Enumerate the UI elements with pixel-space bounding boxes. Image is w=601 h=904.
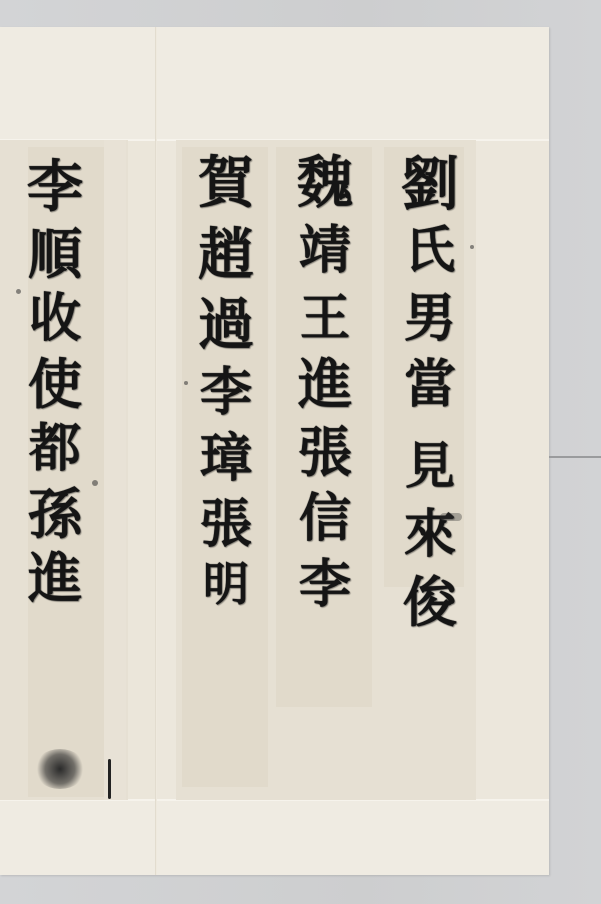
glyph: 王 [300,293,350,343]
glyph: 都 [29,423,81,475]
glyph: 張 [200,499,252,551]
ink-speck [470,245,474,249]
glyph: 男 [404,293,456,345]
top-margin-band [0,27,549,140]
glyph: 李 [299,559,351,611]
ink-stroke [108,759,111,799]
glyph: 趙 [198,227,254,283]
column-strip [104,140,126,800]
glyph: 劉 [401,155,459,213]
calligraphy-column-4: 李 順 收 使 都 孫 進 [10,159,100,605]
calligraphy-column-2: 魏 靖 王 進 張 信 李 [282,155,368,611]
glyph: 孫 [28,487,82,541]
background-rule-line [549,456,601,458]
glyph: 李 [27,159,83,215]
calligraphy-column-1: 劉 氏 男 當 見 來 俊 [390,155,470,629]
glyph: 張 [298,425,352,479]
glyph: 進 [28,551,82,605]
glyph: 李 [200,367,252,419]
glyph: 收 [29,293,81,345]
bottom-margin-band [0,800,549,875]
glyph: 順 [28,227,82,281]
page-fold [155,27,157,875]
ink-smudge [34,749,86,789]
glyph: 信 [299,493,351,545]
glyph: 明 [203,561,249,607]
glyph: 璋 [200,433,252,485]
glyph: 氏 [405,225,455,275]
album-page: 劉 氏 男 當 見 來 俊 魏 靖 王 進 張 信 李 賀 趙 過 李 璋 張 … [0,27,549,875]
glyph: 賀 [198,155,254,211]
ink-speck [184,381,188,385]
glyph: 使 [28,357,82,411]
glyph: 俊 [403,575,457,629]
ink-speck [92,480,98,486]
glyph: 過 [198,297,254,353]
glyph: 當 [404,359,456,411]
glyph: 靖 [299,225,351,277]
ink-speck [440,513,462,521]
ink-speck [16,289,21,294]
glyph: 魏 [297,155,353,211]
calligraphy-column-3: 賀 趙 過 李 璋 張 明 [186,155,266,607]
glyph: 見 [405,441,455,491]
glyph: 進 [298,357,352,411]
